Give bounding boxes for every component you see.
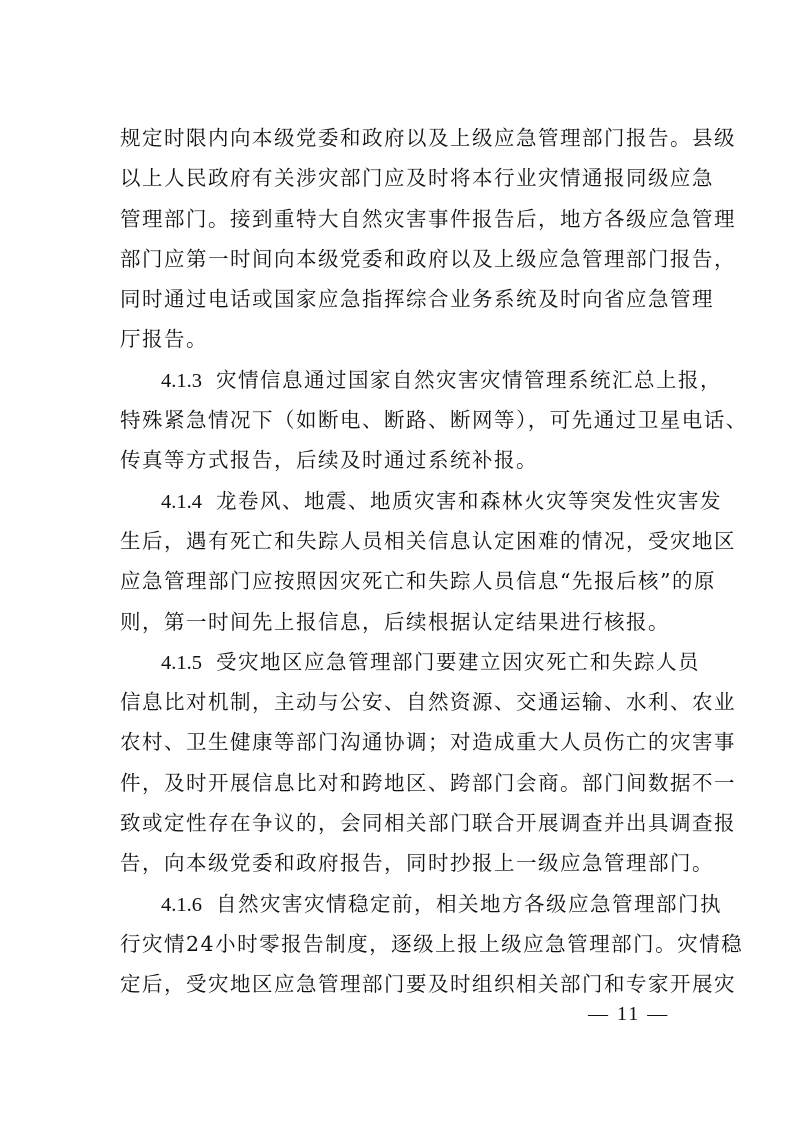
text-line: 行灾情24小时零报告制度，逐级上报上级应急管理部门。灾情稳	[120, 924, 680, 964]
section-number: 4.1.3	[161, 370, 202, 392]
section-text: 龙卷风、地震、地质灾害和森林火灾等突发性灾害发	[216, 489, 722, 513]
text-line: 管理部门。接到重特大自然灾害事件报告后，地方各级应急管理	[120, 199, 680, 239]
page-number: — 11 —	[588, 1003, 669, 1026]
text-line: 则，第一时间先上报信息，后续根据认定结果进行核报。	[120, 602, 680, 642]
text-line: 以上人民政府有关涉灾部门应及时将本行业灾情通报同级应急	[120, 158, 680, 198]
text-line: 部门应第一时间向本级党委和政府以及上级应急管理部门报告，	[120, 239, 680, 279]
text-line: 传真等方式报告，后续及时通过系统补报。	[120, 440, 680, 480]
text-line: 同时通过电话或国家应急指挥综合业务系统及时向省应急管理	[120, 279, 680, 319]
section-text: 自然灾害灾情稳定前，相关地方各级应急管理部门执	[216, 892, 722, 916]
text-line: 特殊紧急情况下（如断电、断路、断网等），可先通过卫星电话、	[120, 400, 680, 440]
section-4-1-6: 4.1.6自然灾害灾情稳定前，相关地方各级应急管理部门执	[120, 884, 680, 924]
section-4-1-3: 4.1.3灾情信息通过国家自然灾害灾情管理系统汇总上报，	[120, 360, 680, 400]
text-line: 规定时限内向本级党委和政府以及上级应急管理部门报告。县级	[120, 118, 680, 158]
section-number: 4.1.6	[161, 894, 202, 916]
section-number: 4.1.5	[161, 652, 202, 674]
text-line: 信息比对机制，主动与公安、自然资源、交通运输、水利、农业	[120, 682, 680, 722]
text-line: 应急管理部门应按照因灾死亡和失踪人员信息“先报后核”的原	[120, 561, 680, 601]
section-4-1-4: 4.1.4龙卷风、地震、地质灾害和森林火灾等突发性灾害发	[120, 481, 680, 521]
text-line: 生后，遇有死亡和失踪人员相关信息认定困难的情况，受灾地区	[120, 521, 680, 561]
text-line: 致或定性存在争议的，会同相关部门联合开展调查并出具调查报	[120, 803, 680, 843]
section-text: 灾情信息通过国家自然灾害灾情管理系统汇总上报，	[216, 368, 722, 392]
text-line: 件，及时开展信息比对和跨地区、跨部门会商。部门间数据不一	[120, 763, 680, 803]
text-line: 告，向本级党委和政府报告，同时抄报上一级应急管理部门。	[120, 843, 680, 883]
text-line: 农村、卫生健康等部门沟通协调；对造成重大人员伤亡的灾害事	[120, 722, 680, 762]
text-line: 厅报告。	[120, 319, 680, 359]
text-line: 定后，受灾地区应急管理部门要及时组织相关部门和专家开展灾	[120, 964, 680, 1004]
section-text: 受灾地区应急管理部门要建立因灾死亡和失踪人员	[216, 650, 700, 674]
section-4-1-5: 4.1.5受灾地区应急管理部门要建立因灾死亡和失踪人员	[120, 642, 680, 682]
section-number: 4.1.4	[161, 491, 202, 513]
document-body: 规定时限内向本级党委和政府以及上级应急管理部门报告。县级 以上人民政府有关涉灾部…	[120, 118, 680, 1005]
